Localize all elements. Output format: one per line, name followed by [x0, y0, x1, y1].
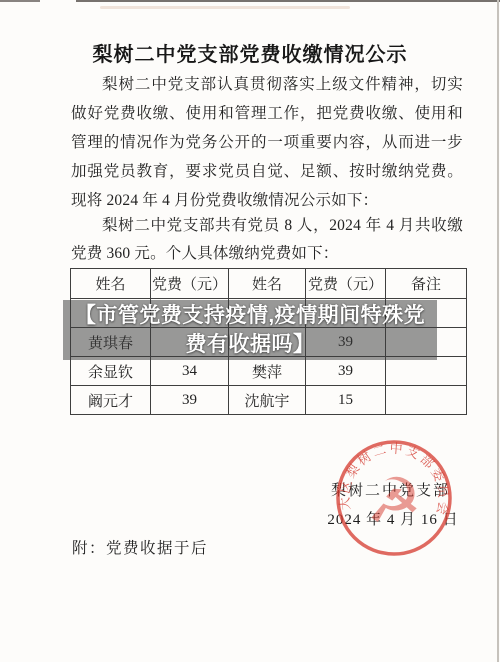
table-cell: [386, 357, 467, 386]
scan-artifact-strip: [76, 0, 500, 2]
column-header: 姓名: [229, 269, 306, 299]
body-paragraph: 梨树二中党支部认真贯彻落实上级文件精神，切实做好党费收缴、使用和管理工作，把党费…: [71, 70, 463, 215]
table-header-row: 姓名 党费（元） 姓名 党费（元） 备注: [71, 269, 467, 299]
document-page: 梨树二中党支部党费收缴情况公示 梨树二中党支部认真贯彻落实上级文件精神，切实做好…: [0, 0, 500, 662]
attachment-note: 附：党费收据于后: [72, 536, 208, 558]
scan-artifact-strip: [0, 0, 40, 2]
table-cell: 余显钦: [71, 357, 151, 386]
caption-line: 【市管党费支持疫情,疫情期间特殊党: [75, 301, 425, 330]
column-header: 姓名: [71, 269, 151, 299]
table-row: 余显钦 34 樊萍 39: [71, 357, 467, 386]
scan-page-edge: [497, 0, 499, 662]
caption-overlay: 【市管党费支持疫情,疫情期间特殊党 费有收据吗】: [63, 300, 437, 360]
column-header: 备注: [386, 269, 467, 299]
scan-artifact-smudge: [100, 6, 350, 9]
body-paragraph: 梨树二中党支部共有党员 8 人，2024 年 4 月共收缴党费 360 元。个人…: [71, 212, 463, 268]
table-cell: 樊萍: [229, 357, 306, 386]
table-cell: 39: [306, 357, 386, 386]
page-title: 梨树二中党支部党费收缴情况公示: [0, 38, 500, 67]
table-cell: 沈航宇: [229, 386, 306, 415]
table-cell: 39: [151, 386, 229, 415]
caption-line: 费有收据吗】: [186, 330, 315, 359]
table-cell: 34: [151, 357, 229, 386]
table-cell: 15: [306, 386, 386, 415]
column-header: 党费（元）: [306, 269, 386, 299]
signature-org: 梨树二中党支部: [313, 479, 468, 500]
table-cell: 阚元才: [71, 386, 151, 415]
table-row: 阚元才 39 沈航宇 15: [71, 386, 467, 415]
table-cell: [386, 386, 467, 415]
column-header: 党费（元）: [151, 269, 229, 299]
signature-date: 2024 年 4 月 16 日: [318, 508, 468, 529]
